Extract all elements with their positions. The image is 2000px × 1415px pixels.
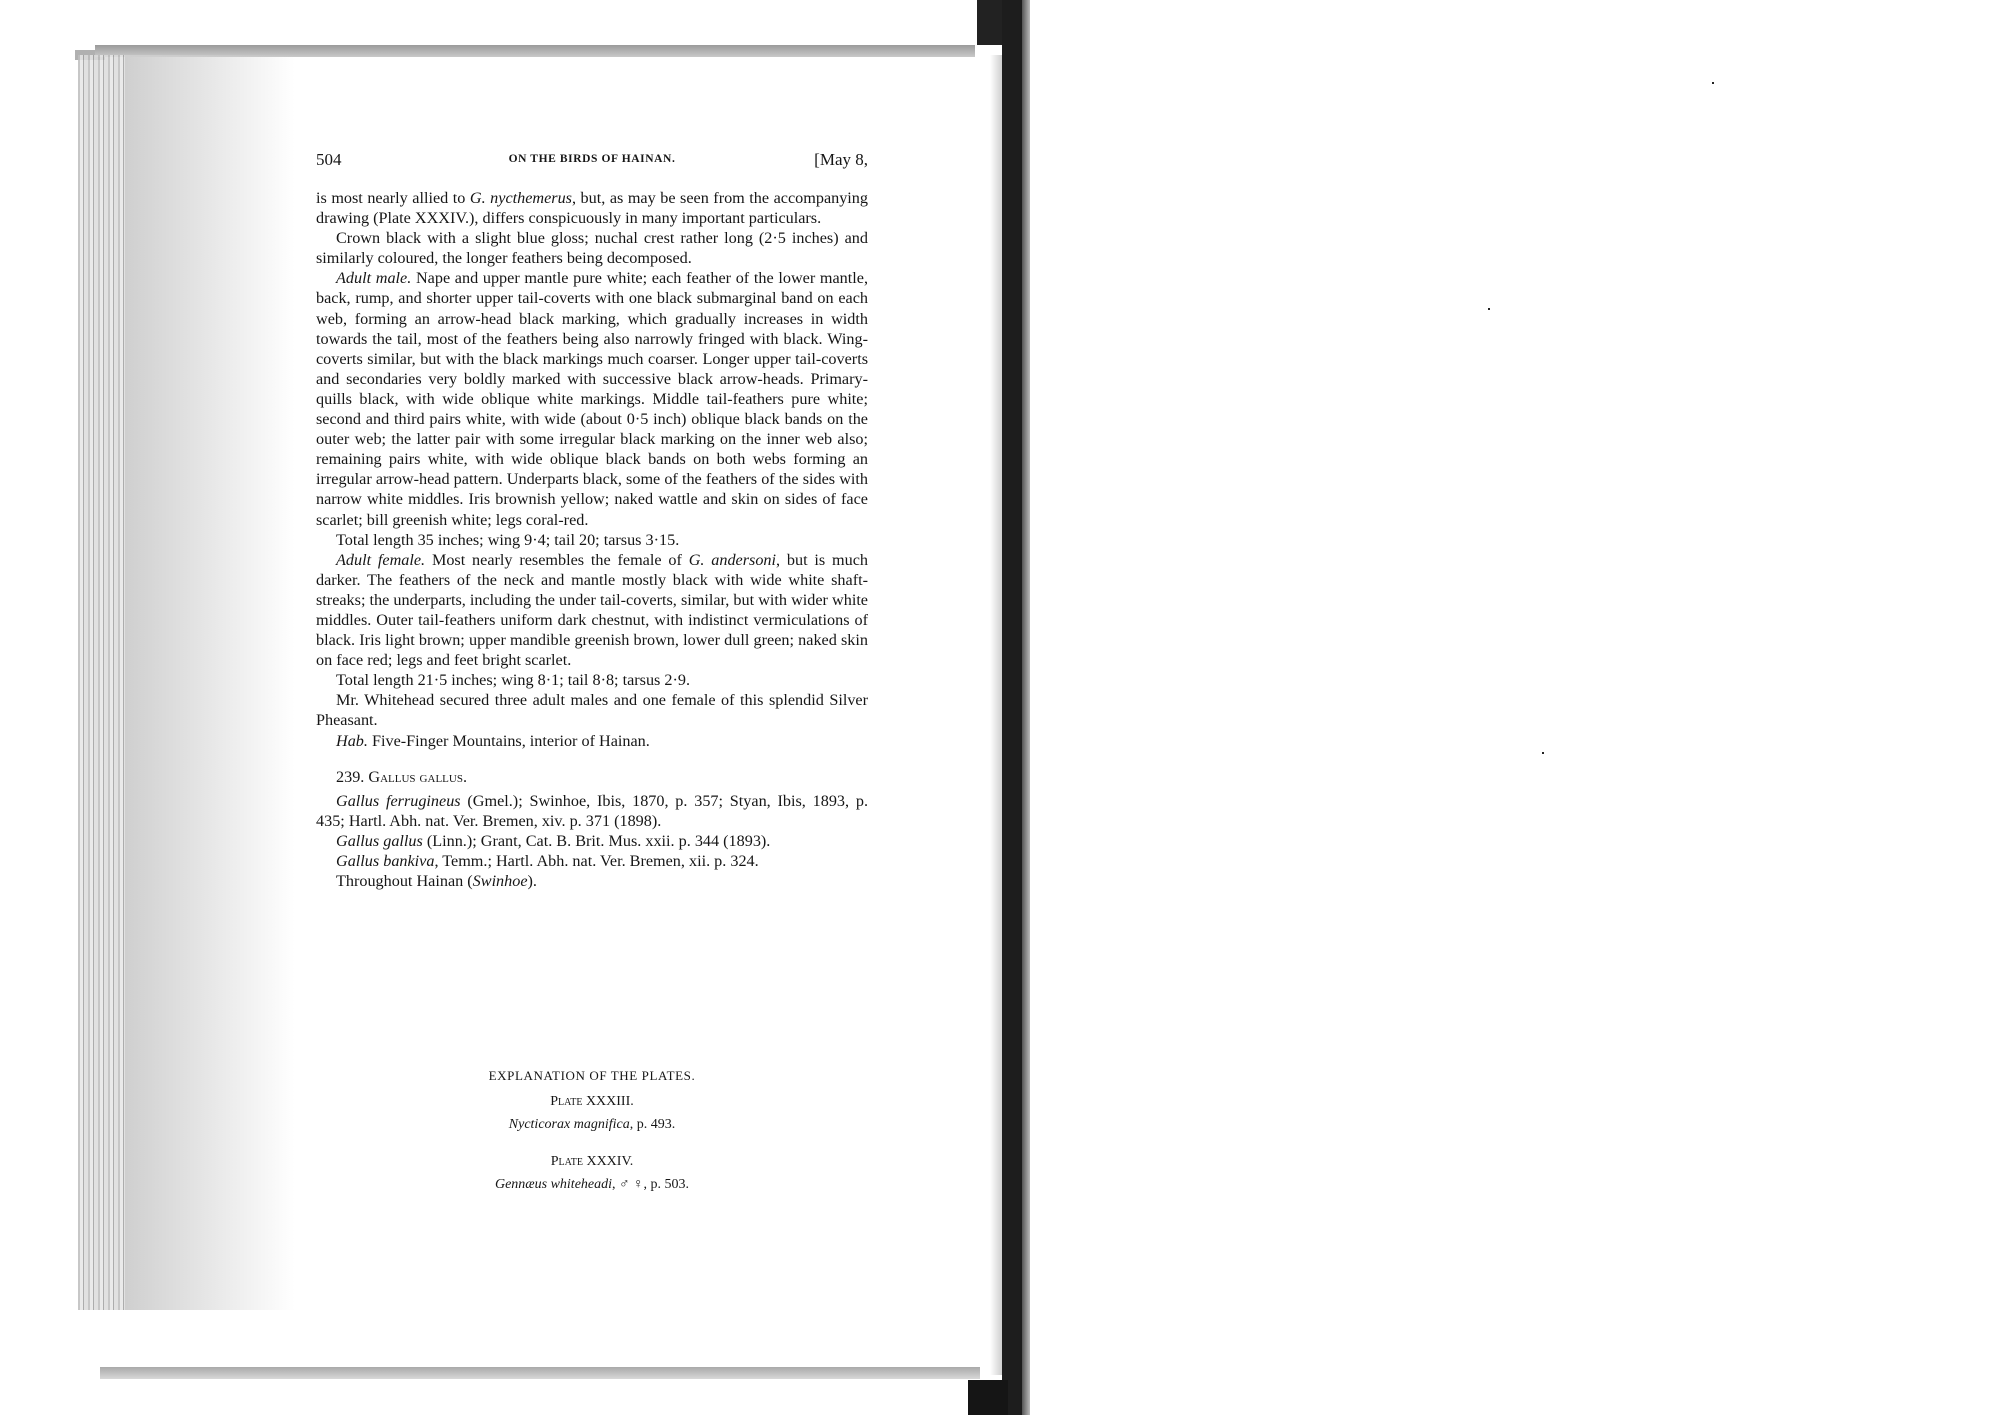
paragraph-syn-2: Gallus gallus (Linn.); Grant, Cat. B. Br… xyxy=(316,831,868,851)
text-run: (Linn.); Grant, Cat. B. Brit. Mus. xxii.… xyxy=(423,832,771,850)
paragraph-intro: is most nearly allied to G. nycthemerus,… xyxy=(316,188,868,228)
paragraph-crown: Crown black with a slight blue gloss; nu… xyxy=(316,228,868,268)
plate-page-ref: , p. 493. xyxy=(630,1117,676,1132)
text-run: Most nearly resembles the female of xyxy=(425,551,689,569)
italic-text: Hab. xyxy=(336,732,368,750)
text-run: Nape and upper mantle pure white; each f… xyxy=(316,269,868,528)
plate-description: Gennæus whiteheadi, ♂ ♀, p. 503. xyxy=(316,1174,868,1196)
species-heading: 239. Gallus gallus. xyxy=(316,767,868,787)
paragraph-range: Throughout Hainan (Swinhoe). xyxy=(316,871,868,891)
plate-description: Nycticorax magnifica, p. 493. xyxy=(316,1114,868,1136)
text-run: is most nearly allied to xyxy=(316,189,470,207)
paragraph-female-measurements: Total length 21·5 inches; wing 8·1; tail… xyxy=(316,670,868,690)
text-run: Total length 35 inches; wing 9·4; tail 2… xyxy=(336,531,679,549)
species-name: Gallus gallus. xyxy=(368,768,467,786)
paragraph-adult-male: Adult male. Nape and upper mantle pure w… xyxy=(316,268,868,529)
plate-title: Plate XXXIII. xyxy=(316,1090,868,1114)
scan-speck xyxy=(1542,752,1544,754)
italic-text: Adult female. xyxy=(336,551,425,569)
paragraph-whitehead: Mr. Whitehead secured three adult males … xyxy=(316,690,868,730)
italic-text: G. andersoni xyxy=(689,551,776,569)
italic-text: G. nycthemerus xyxy=(470,189,572,207)
synonymy: Gallus ferrugineus (Gmel.); Swinhoe, Ibi… xyxy=(316,791,868,891)
species-description: is most nearly allied to G. nycthemerus,… xyxy=(316,188,868,751)
running-date: [May 8, xyxy=(814,150,868,170)
text-run: Throughout Hainan ( xyxy=(336,872,473,890)
text-run: ). xyxy=(528,872,537,890)
plates-explanation: EXPLANATION OF THE PLATES. Plate XXXIII.… xyxy=(316,1064,868,1196)
gutter-shadow xyxy=(125,55,295,1310)
body-text: is most nearly allied to G. nycthemerus,… xyxy=(316,188,868,891)
spine-foot xyxy=(968,1380,1008,1415)
page-stack-edges xyxy=(78,55,128,1310)
paragraph-male-measurements: Total length 35 inches; wing 9·4; tail 2… xyxy=(316,530,868,550)
paragraph-syn-3: Gallus bankiva, Temm.; Hartl. Abh. nat. … xyxy=(316,851,868,871)
plate-page-ref: , ♂ ♀, p. 503. xyxy=(612,1177,689,1192)
spine-inner-shadow xyxy=(990,55,1002,1375)
text-run: Total length 21·5 inches; wing 8·1; tail… xyxy=(336,671,690,689)
italic-text: Gallus gallus xyxy=(336,832,423,850)
italic-text: Gallus bankiva xyxy=(336,852,434,870)
paragraph-habitat: Hab. Five-Finger Mountains, interior of … xyxy=(316,731,868,751)
scan-speck xyxy=(1712,82,1714,84)
spine-edge xyxy=(1022,0,1030,1415)
plate-species: Gennæus whiteheadi xyxy=(495,1177,612,1192)
plate-title: Plate XXXIV. xyxy=(316,1150,868,1174)
text-run: Crown black with a slight blue gloss; nu… xyxy=(316,229,868,267)
paragraph-adult-female: Adult female. Most nearly resembles the … xyxy=(316,550,868,671)
paragraph-syn-1: Gallus ferrugineus (Gmel.); Swinhoe, Ibi… xyxy=(316,791,868,831)
plate-species: Nycticorax magnifica xyxy=(509,1117,630,1132)
italic-text: Swinhoe xyxy=(473,872,528,890)
plate-list: Plate XXXIII.Nycticorax magnifica, p. 49… xyxy=(316,1090,868,1196)
italic-text: Adult male. xyxy=(336,269,411,287)
running-head: 504 ON THE BIRDS OF HAINAN. [May 8, xyxy=(316,150,868,174)
plates-heading: EXPLANATION OF THE PLATES. xyxy=(316,1064,868,1088)
text-run: , Temm.; Hartl. Abh. nat. Ver. Bremen, x… xyxy=(434,852,758,870)
scan-speck xyxy=(1488,308,1490,310)
page-bottom-edge xyxy=(100,1367,980,1379)
italic-text: Gallus ferrugineus xyxy=(336,792,461,810)
running-title: ON THE BIRDS OF HAINAN. xyxy=(316,153,868,165)
text-run: Mr. Whitehead secured three adult males … xyxy=(316,691,868,729)
species-number: 239. xyxy=(336,768,364,786)
text-run: Five-Finger Mountains, interior of Haina… xyxy=(368,732,650,750)
